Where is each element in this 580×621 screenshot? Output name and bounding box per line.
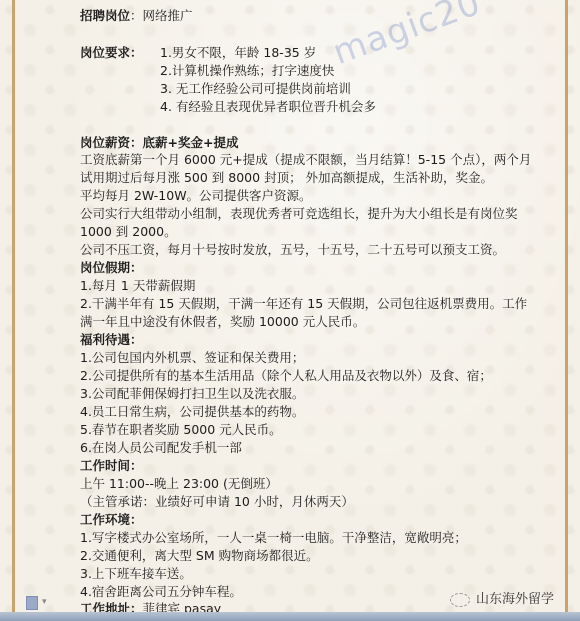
environment-item: 4.宿舍距离公司五分钟车程。 [80,583,242,601]
environment-item: 2.交通便利，离大型 SM 购物商场都很近。 [80,547,319,565]
benefit-item: 2.公司提供所有的基本生活用品（除个人私人用品及衣物以外）及食、宿； [80,367,492,385]
environment-item: 1.写字楼式办公室场所，一人一桌一椅一电脑。干净整洁，宽敞明亮； [80,529,467,547]
paste-options-icon[interactable] [26,596,38,610]
wechat-logo-icon [450,593,470,607]
left-border [12,0,15,612]
brand-watermark: 山东海外留学 [450,588,554,607]
holiday-line: 1.每月 1 天带薪假期 [80,277,195,295]
requirements-label: 岗位要求： [80,44,143,62]
requirement-item: 1.男女不限，年龄 18-35 岁 [160,44,316,62]
window-bottom-bar [0,612,580,621]
benefits-label: 福利待遇： [80,331,143,349]
position-label: 招聘岗位 [80,8,130,23]
benefit-item: 6.在岗人员公司配发手机一部 [80,439,242,457]
position-value: 网络推广 [143,8,193,23]
benefit-item: 5.春节在职者奖励 5000 元人民币。 [80,421,282,439]
environment-item: 3.上下班车接车送。 [80,565,192,583]
salary-line: 1000 到 2000。 [80,223,177,241]
salary-line: 平均每月 2W-10W。公司提供客户资源。 [80,187,312,205]
holiday-label: 岗位假期： [80,259,143,277]
benefit-item: 1.公司包国内外机票、签证和保关费用； [80,349,304,367]
salary-line: 公司实行大组带动小组制，表现优秀者可竞选组长，提升为大小组长是有岗位奖 [80,205,518,223]
salary-line: 公司不压工资，每月十号按时发放，五号，十五号，二十五号可以预支工资。 [80,241,505,259]
brand-name: 山东海外留学 [476,592,554,607]
requirement-item: 4. 有经验且表现优异者职位晋升机会多 [160,98,376,116]
holiday-line: 2.干满半年有 15 天假期，干满一年还有 15 天假期，公司包往返机票费用。工… [80,295,527,313]
salary-line: 试用期过后每月涨 500 到 8000 封顶； 外加高额提成，生活补助，奖金。 [80,169,493,187]
environment-label: 工作环境： [80,511,143,529]
hours-label: 工作时间： [80,457,143,475]
requirement-item: 3. 无工作经验公司可提供岗前培训 [160,80,351,98]
hours-line: （主管承诺：业绩好可申请 10 小时，月休两天） [80,493,354,511]
chevron-down-icon[interactable]: ▾ [42,597,47,607]
holiday-line: 满一年且中途没有休假者，奖励 10000 元人民币。 [80,313,365,331]
benefit-item: 3.公司配菲佣保姆打扫卫生以及洗衣服。 [80,385,304,403]
hours-line: 上午 11:00--晚上 23:00 (无倒班） [80,475,278,493]
requirement-item: 2.计算机操作熟练；打字速度快 [160,62,334,80]
salary-line: 工资底薪第一个月 6000 元+提成（提成不限额，当月结算！5-15 个点），两… [80,151,531,169]
right-border [565,0,568,612]
benefit-item: 4.员工日常生病，公司提供基本的药物。 [80,403,304,421]
position-row: 招聘岗位：网络推广 [80,7,193,25]
salary-label: 岗位薪资：底薪+奖金+提成 [80,134,238,152]
